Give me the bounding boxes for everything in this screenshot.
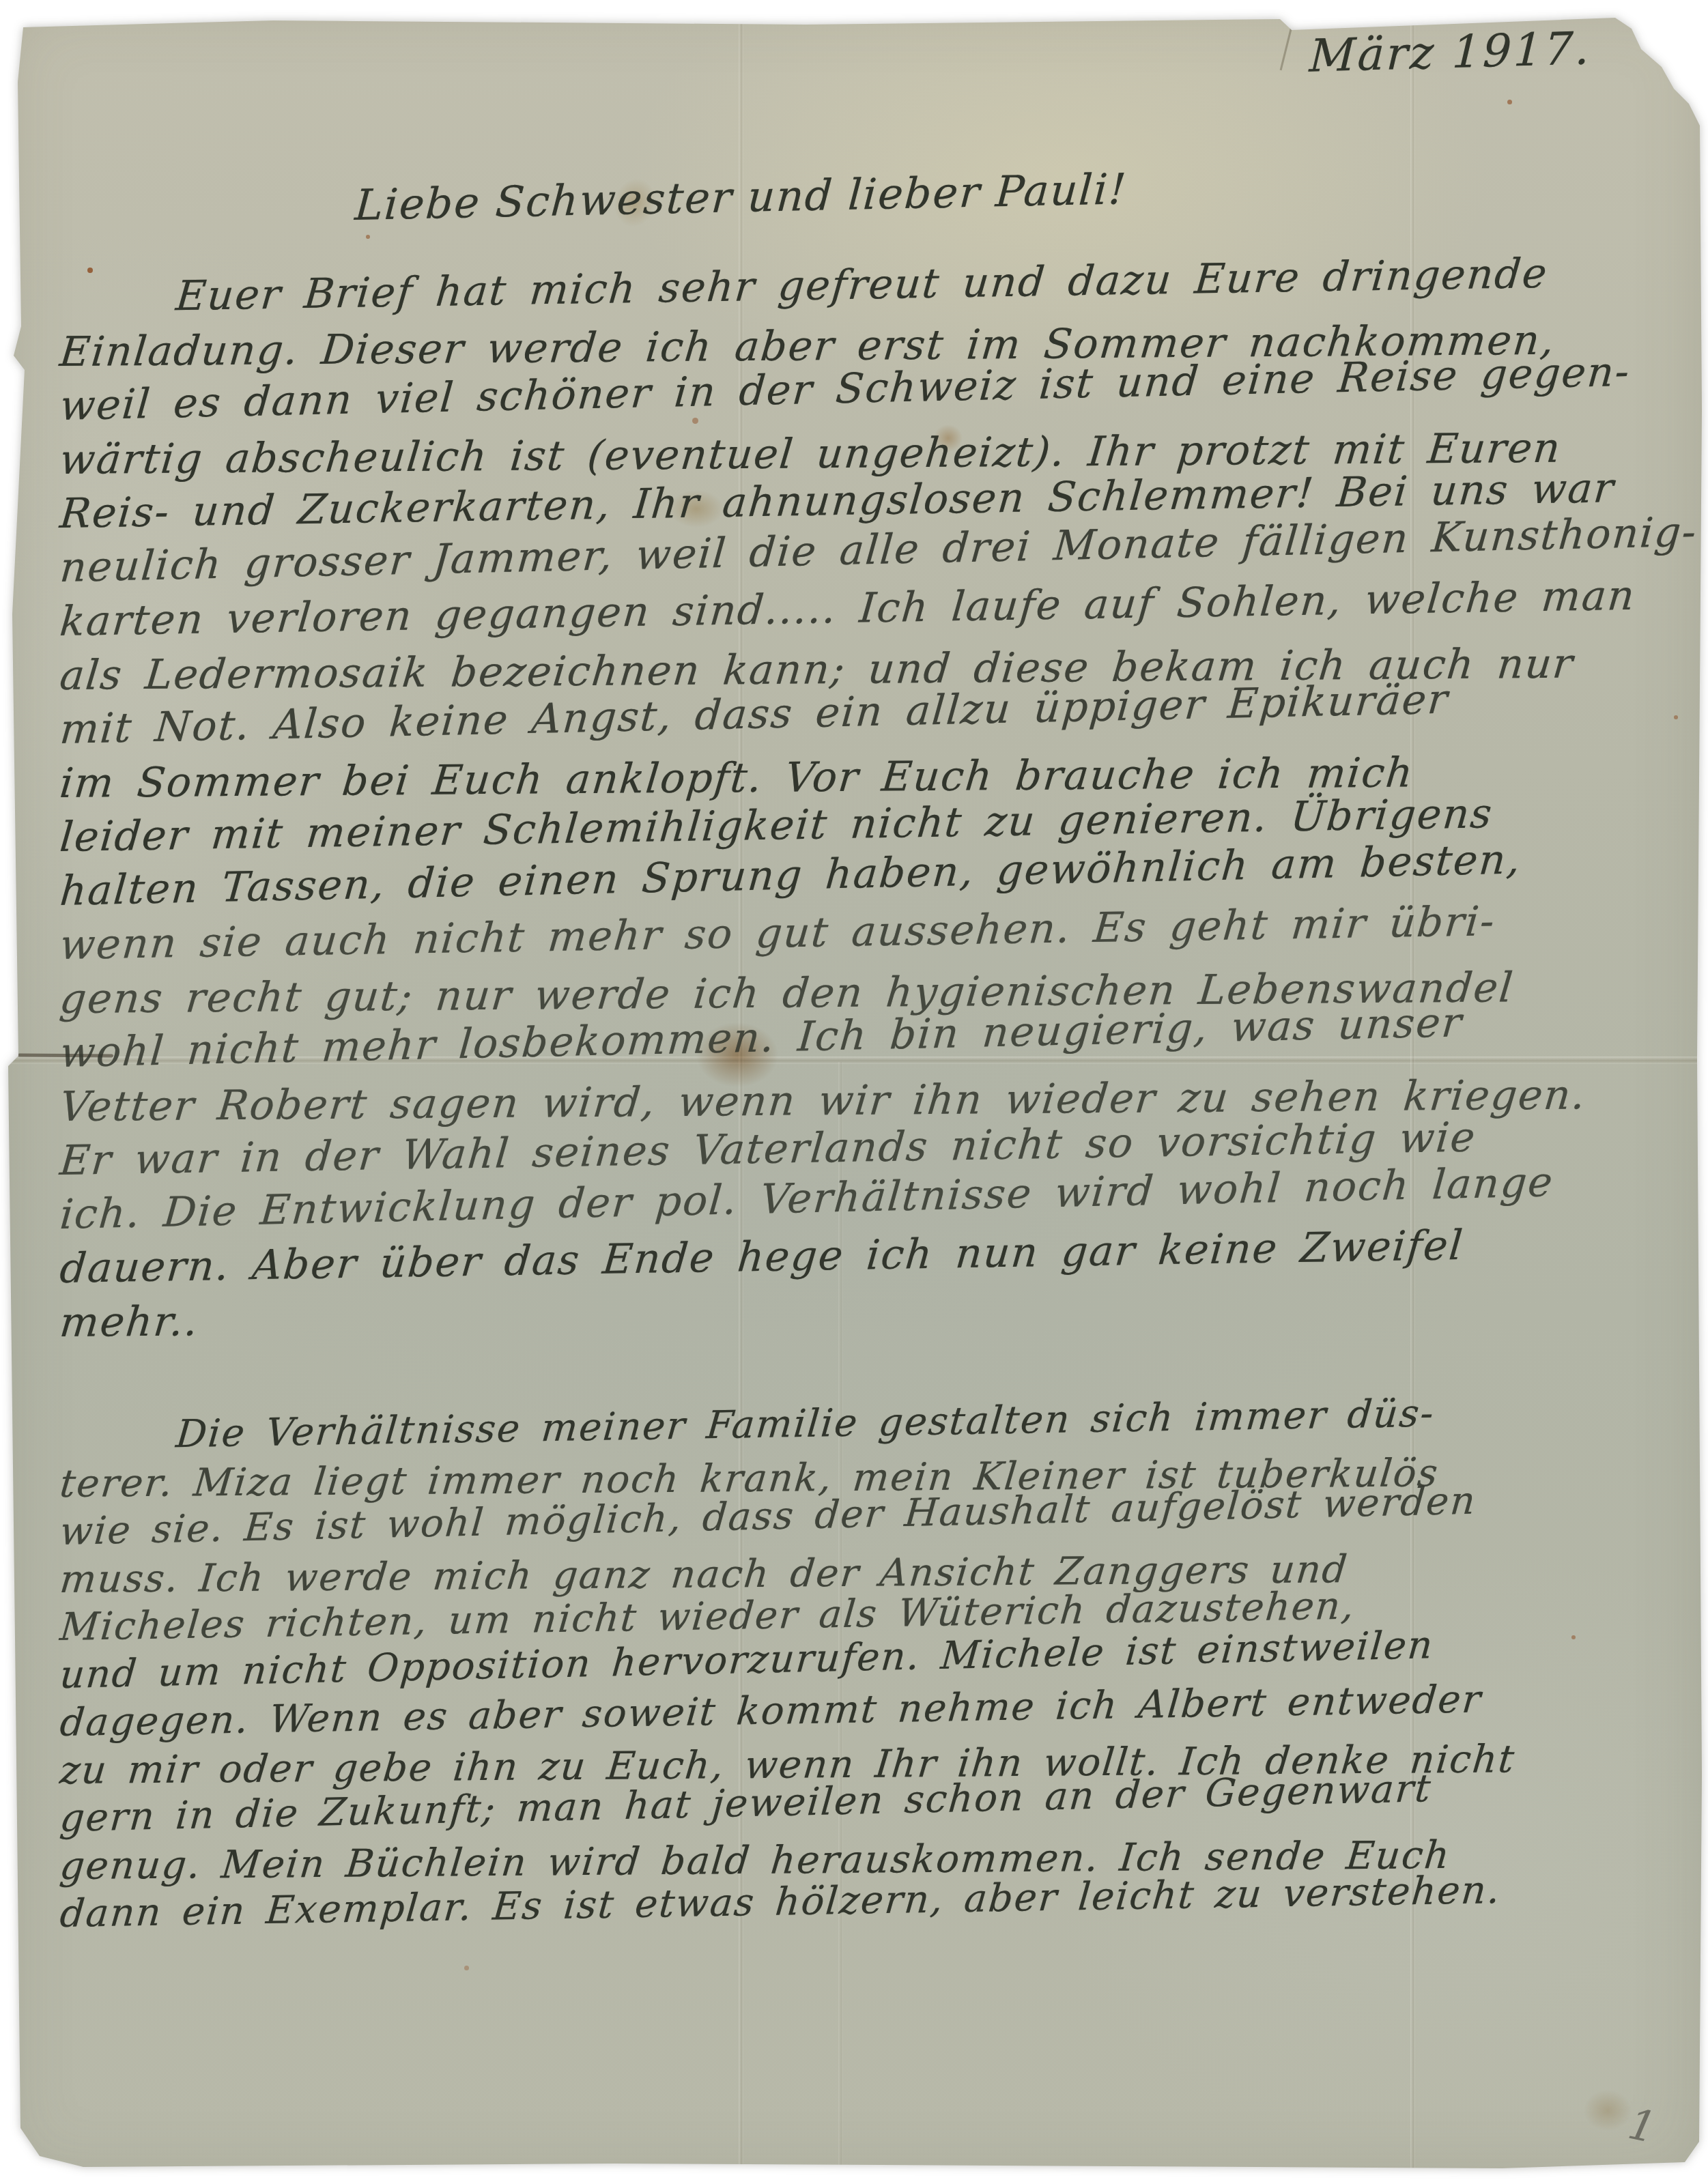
letter-line: Er war in der Wahl seines Vaterlands nic… xyxy=(58,1108,1660,1188)
rust-speck xyxy=(87,268,93,273)
stain-mid xyxy=(669,490,724,528)
stain-salutation xyxy=(613,178,657,227)
letter-line: zu mir oder gebe ihn zu Euch, wenn Ihr i… xyxy=(58,1735,1660,1795)
letter-salutation: Liebe Schwester und lieber Pauli! xyxy=(354,164,1129,230)
letter-line: terer. Miza liegt immer noch krank, mein… xyxy=(58,1448,1660,1508)
letter-line: und um nicht Opposition hervorzurufen. M… xyxy=(58,1617,1659,1699)
scan-background: { "colors":{ "background":"#ffffff", "pa… xyxy=(0,0,1708,2184)
letter-line: wärtig abscheulich ist (eventuel ungehei… xyxy=(57,421,1660,487)
letter-line: Euer Brief hat mich sehr gefreut und daz… xyxy=(58,245,1660,326)
top-edge-crack xyxy=(1280,18,1295,70)
letter-line: als Ledermosaik bezeichnen kann; und die… xyxy=(57,637,1660,703)
letter-line: ich. Die Entwicklung der pol. Verhältnis… xyxy=(58,1153,1660,1242)
rust-speck xyxy=(692,418,698,424)
letter-line: genug. Mein Büchlein wird bald herauskom… xyxy=(58,1830,1660,1891)
letter-line: Einladung. Dieser werde ich aber erst im… xyxy=(57,313,1660,379)
letter-body: Euer Brief hat mich sehr gefreut und daz… xyxy=(60,272,1657,1938)
letter-line: neulich grosser Jammer, weil die alle dr… xyxy=(58,506,1660,595)
letter-line: Die Verhältnisse meiner Familie gestalte… xyxy=(58,1386,1660,1461)
paragraph: Die Verhältnisse meiner Familie gestalte… xyxy=(60,1413,1657,1938)
letter-line: muss. Ich werde mich ganz nach der Ansic… xyxy=(58,1544,1660,1604)
letter-line: dauern. Aber über das Ende hege ich nun … xyxy=(58,1216,1660,1296)
letter-line: wohl nicht mehr losbekommen. Ich bin neu… xyxy=(58,992,1660,1080)
vertical-crease-left xyxy=(739,0,743,2184)
rust-speck xyxy=(464,1966,469,1970)
vertical-crease-bottom xyxy=(838,1062,843,2184)
rust-speck xyxy=(366,235,370,239)
letter-line: dann ein Exemplar. Es ist etwas hölzern,… xyxy=(58,1864,1660,1938)
letter-line: gens recht gut; nur werde ich den hygien… xyxy=(57,960,1660,1026)
letter-line: wie sie. Es ist wohl möglich, dass der H… xyxy=(58,1474,1659,1556)
rust-speck xyxy=(1674,715,1678,719)
letter-date: März 1917. xyxy=(1308,22,1592,83)
letter-line: wenn sie auch nicht mehr so gut aussehen… xyxy=(58,892,1660,973)
rust-speck xyxy=(1571,1635,1576,1639)
letter-line: karten verloren gegangen sind..... Ich l… xyxy=(58,569,1660,649)
letter-line: weil es dann viel schöner in der Schweiz… xyxy=(58,345,1660,433)
stain-small xyxy=(934,425,963,452)
letter-line: halten Tassen, die einen Sprung haben, g… xyxy=(58,830,1660,919)
letter-line: mehr.. xyxy=(57,1284,1660,1350)
letter-line: leider mit meiner Schlemihligkeit nicht … xyxy=(58,784,1660,865)
letter-line: gern in die Zukunft; man hat jeweilen sc… xyxy=(58,1760,1659,1843)
rust-speck xyxy=(1507,100,1512,104)
letter-line: Micheles richten, um nicht wieder als Wü… xyxy=(58,1577,1660,1652)
paragraph: Euer Brief hat mich sehr gefreut und daz… xyxy=(60,272,1657,1350)
letter-line: dagegen. Wenn es aber soweit kommt nehme… xyxy=(58,1673,1660,1747)
horizontal-fold-crease xyxy=(0,1057,1708,1064)
letter-line: Vetter Robert sagen wird, wenn wir ihn w… xyxy=(57,1068,1660,1134)
stain-bottom xyxy=(1584,2090,1632,2131)
pencil-mark: 1 xyxy=(1624,2099,1661,2153)
stain-center-fold xyxy=(696,1022,778,1087)
letter-page: März 1917. Liebe Schwester und lieber Pa… xyxy=(0,0,1708,2184)
letter-line: Reis- und Zuckerkarten, Ihr ahnungslosen… xyxy=(58,461,1660,541)
letter-line: im Sommer bei Euch anklopft. Vor Euch br… xyxy=(57,745,1660,811)
vertical-crease-right xyxy=(1410,0,1415,2184)
letter-line: mit Not. Also keine Angst, dass ein allz… xyxy=(58,668,1660,757)
fold-ink-dash xyxy=(18,1054,113,1058)
letter-page-wrapper: März 1917. Liebe Schwester und lieber Pa… xyxy=(0,0,1708,2184)
